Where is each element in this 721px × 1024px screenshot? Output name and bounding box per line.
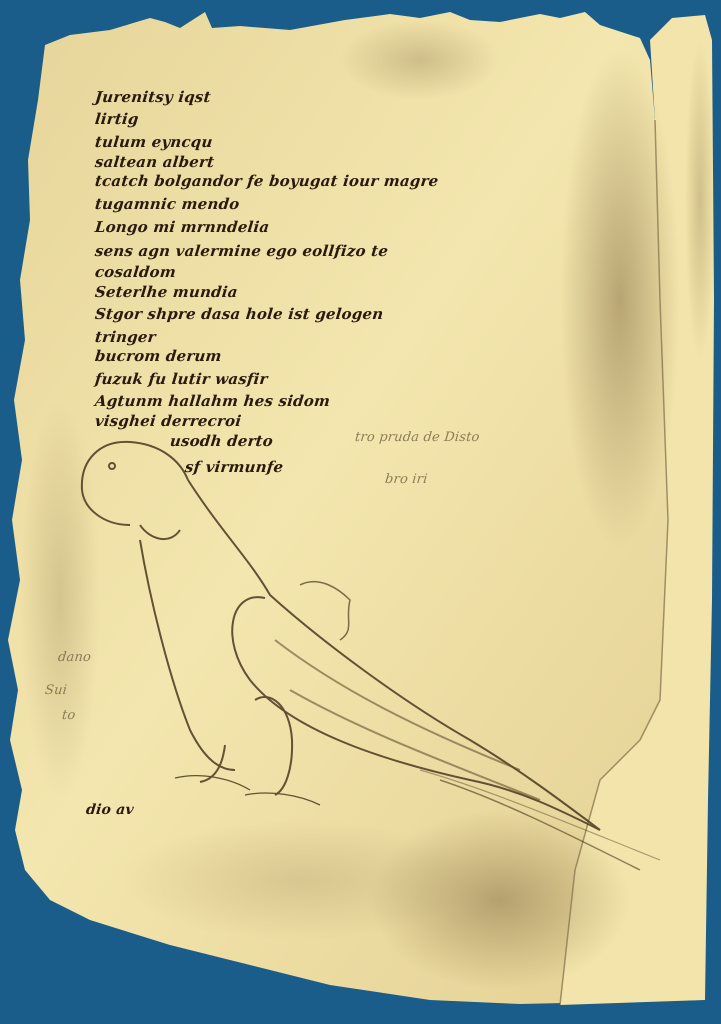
text-line: cosaldom [94, 263, 177, 281]
text-line: tcatch bolgandor fe boyugat iour magre [94, 172, 439, 190]
bottom-note: dio av [85, 802, 134, 818]
text-line: sf virmunfe [184, 458, 284, 476]
text-line: visghei derrecroi [94, 412, 242, 430]
margin-note: to [61, 708, 76, 723]
text-line: tulum eyncqu [94, 133, 214, 151]
text-line: tugamnic mendo [94, 195, 240, 213]
text-line: Stgor shpre dasa hole ist gelogen [94, 305, 384, 323]
text-line: saltean albert [94, 153, 215, 171]
text-line: tringer [94, 328, 157, 346]
margin-note: dano [57, 650, 92, 665]
right-note-sub: bro iri [384, 472, 428, 487]
margin-note: Sui [44, 683, 68, 698]
text-line: sens agn valermine ego eollfizo te [94, 242, 389, 260]
text-line: Jurenitsy iqst [94, 88, 212, 106]
text-line: usodh derto [169, 432, 274, 450]
text-line: fuzuk fu lutir wasfir [94, 370, 269, 388]
text-line: bucrom derum [94, 347, 223, 365]
right-note: tro pruda de Disto [354, 430, 480, 445]
text-line: Longo mi mrnndelia [94, 218, 270, 236]
text-line: Seterlhe mundia [94, 283, 239, 301]
text-line: lirtig [94, 110, 140, 128]
text-line: Agtunm hallahm hes sidom [94, 392, 331, 410]
manuscript-page: Jurenitsy iqst lirtig tulum eyncqu salte… [0, 0, 721, 1024]
